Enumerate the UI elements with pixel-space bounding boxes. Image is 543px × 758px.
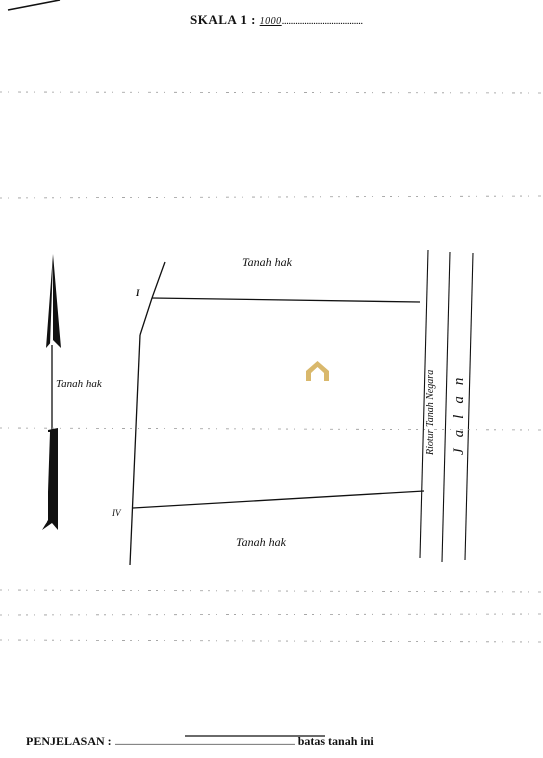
- corner-label-4: IV: [112, 508, 121, 518]
- road-label: Jalan: [451, 367, 468, 455]
- north-arrow-icon: [42, 254, 61, 530]
- legend-line-sample: [185, 734, 325, 738]
- house-watermark-icon: [305, 360, 330, 382]
- east-boundary-label: Riotur Tanah Negara: [425, 370, 436, 455]
- scale-value: 1000: [260, 16, 282, 27]
- legend-dots: ........................................…: [115, 737, 295, 748]
- legend-label: PENJELASAN :: [26, 734, 112, 748]
- south-boundary-label: Tanah hak: [236, 535, 286, 550]
- road-labels: Riotur Tanah Negara Jalan: [403, 270, 483, 530]
- parcel-boundary: [130, 262, 424, 565]
- corner-label-1: I: [136, 288, 140, 298]
- scale-title: SKALA 1 : 1000..........................…: [190, 12, 363, 28]
- west-boundary-label: Tanah hak: [56, 378, 102, 390]
- north-boundary-label: Tanah hak: [242, 255, 292, 270]
- stray-stroke: [8, 0, 60, 10]
- scale-dots: ....................................: [282, 15, 363, 27]
- scale-label: SKALA 1 :: [190, 12, 256, 27]
